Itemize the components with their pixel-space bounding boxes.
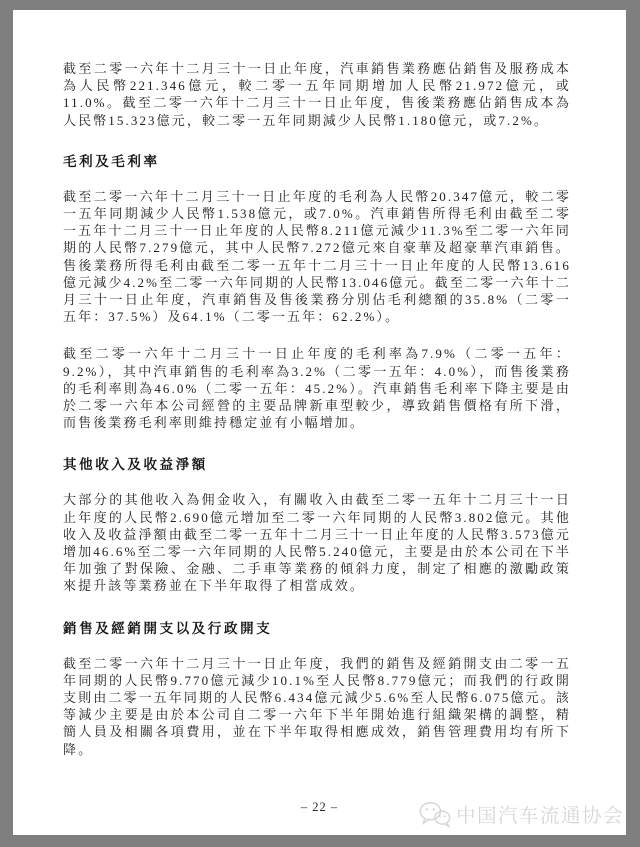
heading-selling-admin-expenses: 銷售及經銷開支以及行政開支 (63, 617, 571, 637)
heading-gross-profit-margin: 毛利及毛利率 (63, 150, 571, 170)
watermark-label: 中国汽车流通协会 (456, 800, 624, 828)
paragraph-selling-admin-expenses: 截至二零一六年十二月三十一日止年度，我們的銷售及經銷開支由二零一五年同期的人民幣… (63, 655, 571, 758)
wechat-icon (418, 800, 451, 828)
heading-other-income: 其他收入及收益淨額 (63, 453, 571, 473)
paragraph-cost-of-sales: 截至二零一六年十二月三十一日止年度，汽車銷售業務應佔銷售及服務成本為人民幣221… (63, 60, 571, 129)
viewer-background: 截至二零一六年十二月三十一日止年度，汽車銷售業務應佔銷售及服務成本為人民幣221… (0, 0, 640, 847)
document-body: 截至二零一六年十二月三十一日止年度，汽車銷售業務應佔銷售及服務成本為人民幣221… (63, 60, 571, 778)
wechat-watermark: 中国汽车流通协会 (418, 800, 624, 828)
document-page: 截至二零一六年十二月三十一日止年度，汽車銷售業務應佔銷售及服務成本為人民幣221… (13, 10, 626, 835)
paragraph-other-income: 大部分的其他收入為佣金收入，有關收入由截至二零一五年十二月三十一日止年度的人民幣… (63, 491, 571, 594)
paragraph-gross-margin-rates: 截至二零一六年十二月三十一日止年度的毛利率為7.9%（二零一五年：9.2%），其… (63, 345, 571, 431)
paragraph-gross-profit: 截至二零一六年十二月三十一日止年度的毛利為人民幣20.347億元，較二零一五年同… (63, 188, 571, 326)
